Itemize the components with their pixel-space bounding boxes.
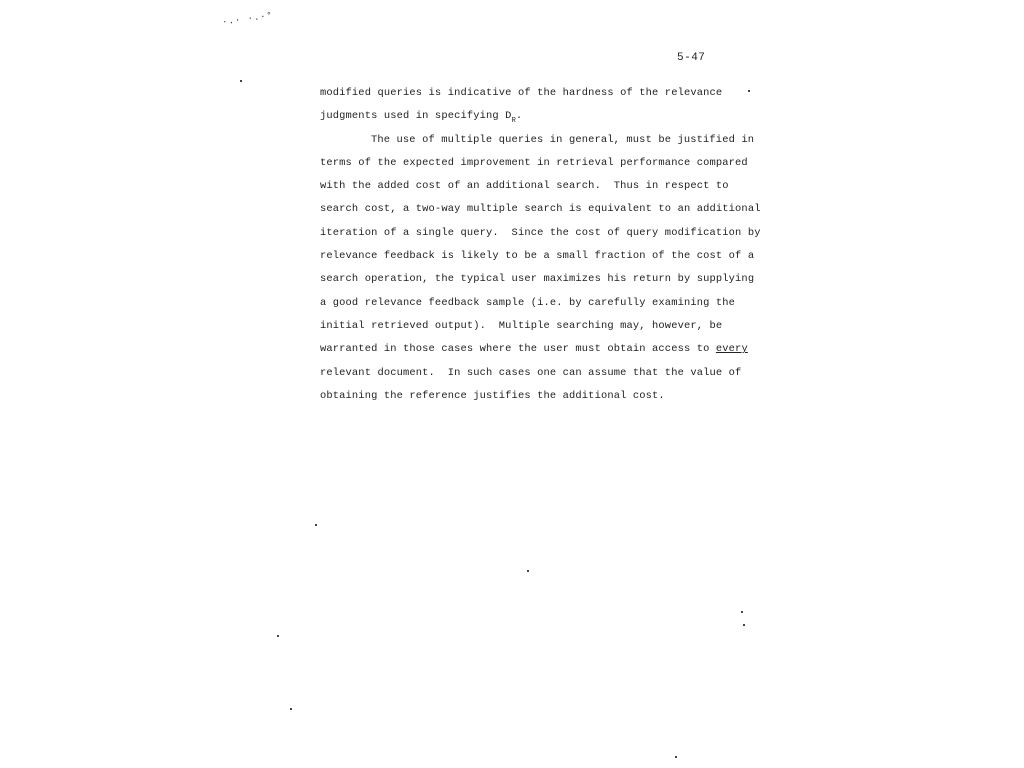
body-paragraphs: modified queries is indicative of the ha… [320,84,705,410]
line-text: relevance feedback is likely to be a sma… [320,250,754,262]
scan-speck [748,90,750,92]
line-text: modified queries is indicative of the ha… [320,87,722,99]
line-tail: . [516,110,522,122]
text-line: a good relevance feedback sample (i.e. b… [320,294,705,317]
scan-speck [277,635,279,637]
text-line: warranted in those cases where the user … [320,340,705,363]
line-text: relevant document. In such cases one can… [320,367,741,379]
text-line: search operation, the typical user maxim… [320,270,705,293]
line-text: a good relevance feedback sample (i.e. b… [320,297,735,309]
scan-speck [743,624,745,626]
line-text: judgments used in specifying D [320,110,512,122]
margin-handwriting-mark: ·.· ·.·° [222,10,274,27]
text-line: obtaining the reference justifies the ad… [320,387,705,410]
line-text: search operation, the typical user maxim… [320,273,754,285]
scan-speck [290,708,292,710]
text-line: judgments used in specifying DR. [320,107,705,130]
line-text: with the added cost of an additional sea… [320,180,729,192]
scan-speck [527,570,529,572]
scan-speck [741,611,743,613]
text-line: with the added cost of an additional sea… [320,177,705,200]
text-line: relevant document. In such cases one can… [320,364,705,387]
line-text: terms of the expected improvement in ret… [320,157,748,169]
page-number: 5-47 [677,52,705,64]
text-line: modified queries is indicative of the ha… [320,84,705,107]
text-line-paragraph-start: The use of multiple queries in general, … [320,131,705,154]
scan-speck [315,524,317,526]
text-line: search cost, a two-way multiple search i… [320,200,705,223]
text-line: terms of the expected improvement in ret… [320,154,705,177]
scan-speck [240,80,242,82]
line-text: iteration of a single query. Since the c… [320,227,761,239]
emphasized-word: every [716,343,748,355]
line-text: The use of multiple queries in general, … [371,134,754,146]
text-line: relevance feedback is likely to be a sma… [320,247,705,270]
text-line: iteration of a single query. Since the c… [320,224,705,247]
scan-speck [675,756,677,758]
text-line: initial retrieved output). Multiple sear… [320,317,705,340]
line-text: initial retrieved output). Multiple sear… [320,320,722,332]
line-text: obtaining the reference justifies the ad… [320,390,665,402]
line-text: warranted in those cases where the user … [320,343,716,355]
line-text: search cost, a two-way multiple search i… [320,203,761,215]
